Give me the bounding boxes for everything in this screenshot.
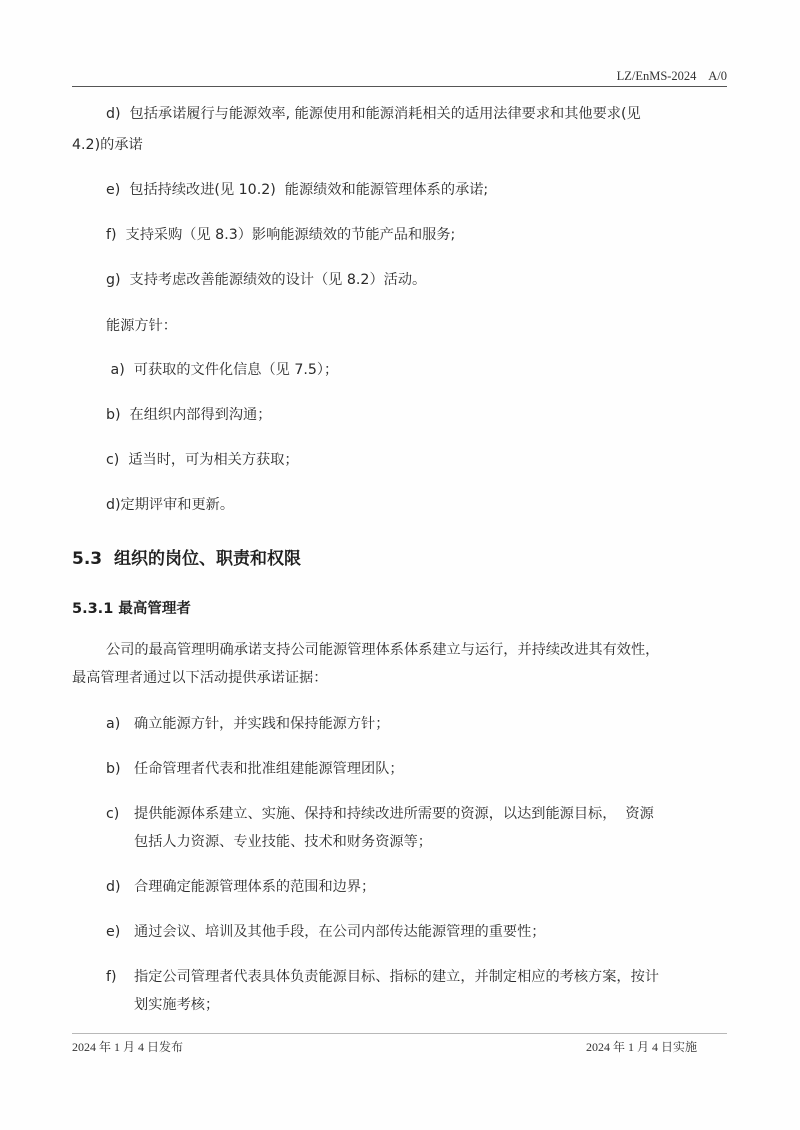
commitment-f: f) 支持采购（见 8.3）影响能源绩效的节能产品和服务; <box>106 225 455 245</box>
item-c-label: c) <box>106 804 119 824</box>
subsection-heading-5-3-1: 5.3.1 最高管理者 <box>72 597 191 618</box>
commitment-e: e) 包括持续改进(见 10.2) 能源绩效和能源管理体系的承诺; <box>106 180 488 200</box>
item-d-text: 合理确定能源管理体系的范围和边界； <box>134 877 375 897</box>
item-c-text-line2: 包括人力资源、专业技能、技术和财务资源等； <box>134 832 432 852</box>
policy-item-a: a) 可获取的文件化信息（见 7.5）； <box>106 360 338 380</box>
commitment-d-line1: d) 包括承诺履行与能源效率, 能源使用和能源消耗相关的适用法律要求和其他要求(… <box>106 104 641 124</box>
header-divider <box>72 86 727 87</box>
policy-title: 能源方针： <box>106 316 177 336</box>
commitment-g: g) 支持考虑改善能源绩效的设计（见 8.2）活动。 <box>106 270 426 290</box>
effective-date: 2024 年 1 月 4 日实施 <box>586 1038 697 1055</box>
item-e-label: e) <box>106 922 120 942</box>
item-b-text: 任命管理者代表和批准组建能源管理团队； <box>134 759 404 779</box>
item-f-text-line2: 划实施考核； <box>134 995 219 1015</box>
item-d-label: d) <box>106 877 121 897</box>
commitment-d-line2: 4.2)的承诺 <box>72 135 143 155</box>
document-code: LZ/EnMS-2024 A/0 <box>617 69 727 84</box>
document-page: LZ/EnMS-2024 A/0 d) 包括承诺履行与能源效率, 能源使用和能源… <box>0 0 800 1130</box>
intro-line-2: 最高管理者通过以下活动提供承诺证据： <box>72 668 327 688</box>
policy-item-b: b) 在组织内部得到沟通； <box>106 405 271 425</box>
item-a-text: 确立能源方针，并实践和保持能源方针； <box>134 714 389 734</box>
item-a-label: a) <box>106 714 120 734</box>
item-f-text-line1: 指定公司管理者代表具体负责能源目标、指标的建立，并制定相应的考核方案，按计 <box>134 967 659 987</box>
intro-line-1: 公司的最高管理明确承诺支持公司能源管理体系体系建立与运行，并持续改进其有效性， <box>106 640 659 660</box>
footer-divider <box>72 1033 727 1034</box>
policy-item-c: c) 适当时，可为相关方获取； <box>106 450 299 470</box>
issue-date: 2024 年 1 月 4 日发布 <box>72 1038 183 1055</box>
item-c-text-line1: 提供能源体系建立、实施、保持和持续改进所需要的资源，以达到能源目标， 资源 <box>134 804 654 824</box>
item-b-label: b) <box>106 759 121 779</box>
section-heading-5-3: 5.3 组织的岗位、职责和权限 <box>72 544 301 569</box>
item-e-text: 通过会议、培训及其他手段，在公司内部传达能源管理的重要性； <box>134 922 545 942</box>
policy-item-d: d)定期评审和更新。 <box>106 495 234 515</box>
item-f-label: f) <box>106 967 117 987</box>
